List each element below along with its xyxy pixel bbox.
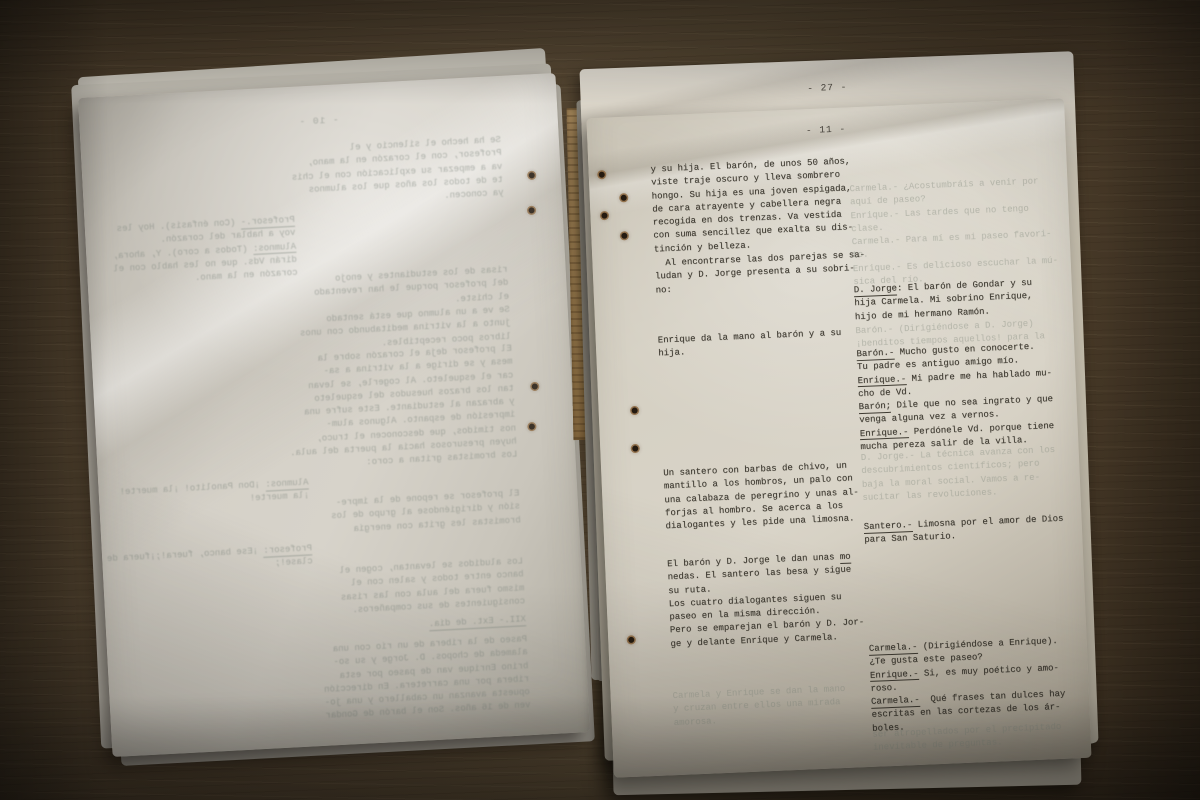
worm-hole xyxy=(529,172,535,178)
worm-hole xyxy=(528,207,534,213)
right-page: - 11 - y su hija. El barón, de unos 50 a… xyxy=(586,98,1091,777)
photo-scene: - 10 - Se ha hecho el silencio y elProfe… xyxy=(0,0,1200,800)
left-page-mirrored: - 10 - Se ha hecho el silencio y elProfe… xyxy=(78,73,590,757)
worm-hole xyxy=(532,383,538,389)
worm-hole xyxy=(621,233,627,239)
worm-hole xyxy=(601,213,607,219)
worm-hole xyxy=(628,637,634,643)
right-page-holes xyxy=(586,98,1091,777)
worm-hole xyxy=(632,407,638,413)
left-page-holes xyxy=(78,73,590,757)
worm-hole xyxy=(632,445,638,451)
page-27-number: - 27 - xyxy=(580,73,1074,102)
worm-hole xyxy=(529,424,535,430)
worm-hole xyxy=(599,172,605,178)
worm-hole xyxy=(621,195,627,201)
